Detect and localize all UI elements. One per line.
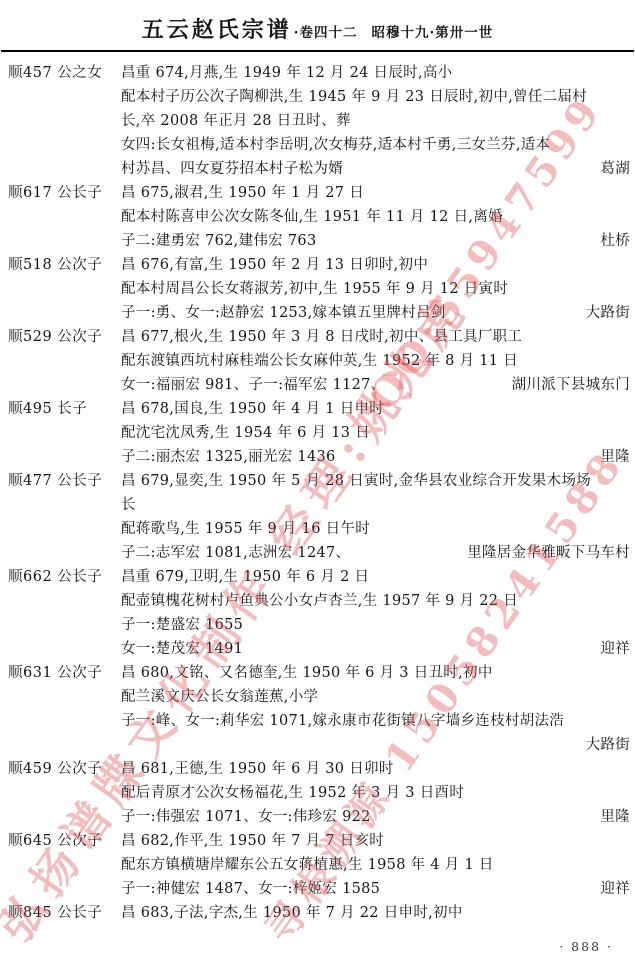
entry-line-text: 昌重 679,卫明,生 1950 年 6 月 2 日 — [121, 565, 369, 589]
entry-line-text: 昌 682,作平,生 1950 年 7 月 7 日亥时 — [121, 829, 384, 853]
entry-line: 配本村子历公次子陶柳洪,生 1945 年 9 月 23 日辰时,初中,曾任二届村 — [121, 85, 630, 109]
entry-lineage-label: 顺495 长子 — [8, 397, 121, 421]
entry-line-text: 配蒋歌鸟,生 1955 年 9 月 16 日午时 — [121, 517, 370, 541]
entry-line-text: 子一:伟强宏 1071、女一:伟珍宏 922 — [121, 805, 371, 829]
genealogy-entry: 顺495 长子昌 678,国良,生 1950 年 4 月 1 日申时配沈宅沈凤秀… — [8, 397, 630, 469]
entry-line: 子一:峰、女一:莉华宏 1071,嫁永康市花街镇八字墙乡连枝村胡法浩 — [121, 709, 630, 733]
volume-title: ·卷四十二 — [294, 25, 358, 41]
entry-content: 昌重 679,卫明,生 1950 年 6 月 2 日配壶镇槐花树村卢鱼典公小女卢… — [121, 565, 630, 661]
entry-line-text: 配东渡镇西坑村麻桂端公长女麻仲英,生 1952 年 8 月 11 日 — [121, 349, 518, 373]
entry-line: 配本村陈喜申公次女陈冬仙,生 1951 年 11 月 12 日,离婚 — [121, 205, 630, 229]
entry-lineage-label: 顺459 公次子 — [8, 757, 121, 781]
entry-line-text: 长 — [121, 493, 136, 517]
entry-line-text: 子一:勇、女一:赵静宏 1253,嫁本镇五里牌村吕剑 — [121, 301, 446, 325]
entry-line: 子一:伟强宏 1071、女一:伟珍宏 922里隆 — [121, 805, 630, 829]
entry-line: 配东方镇横塘岸耀东公五女蒋植惠,生 1958 年 4 月 1 日 — [121, 853, 630, 877]
residence-tag: 大路街 — [580, 733, 630, 757]
genealogy-entry: 顺459 公次子昌 681,王德,生 1950 年 6 月 30 日卯时配后青原… — [8, 757, 630, 829]
entry-lineage-label: 顺529 公次子 — [8, 325, 121, 349]
entry-line: 昌重 679,卫明,生 1950 年 6 月 2 日 — [121, 565, 630, 589]
entry-line-text: 配本村周昌公长女蒋淑芳,初中,生 1955 年 9 月 12 日寅时 — [121, 277, 508, 301]
genealogy-entry: 顺617 公长子昌 675,淑君,生 1950 年 1 月 27 日配本村陈喜申… — [8, 181, 630, 253]
entry-line-text: 昌 677,根火,生 1950 年 3 月 8 日戌时,初中、县工具厂职工 — [121, 325, 522, 349]
genealogy-entry: 顺457 公之女昌重 674,月燕,生 1949 年 12 月 24 日辰时,高… — [8, 61, 630, 181]
residence-tag: 迎祥 — [594, 877, 630, 901]
genealogy-entry: 顺845 公长子昌 683,子法,字杰,生 1950 年 7 月 22 日申时,… — [8, 901, 630, 925]
entry-line-text: 昌 681,王德,生 1950 年 6 月 30 日卯时 — [121, 757, 394, 781]
entry-line-text: 长,卒 2008 年正月 28 日丑时、葬 — [121, 109, 351, 133]
entry-content: 昌 681,王德,生 1950 年 6 月 30 日卯时配后青原才公次女杨福花,… — [121, 757, 630, 829]
entry-line: 大路街 — [121, 733, 630, 757]
entry-line-text: 配本村子历公次子陶柳洪,生 1945 年 9 月 23 日辰时,初中,曾任二届村 — [121, 85, 587, 109]
genealogy-entry: 顺518 公次子昌 676,有富,生 1950 年 2 月 13 日卯时,初中配… — [8, 253, 630, 325]
entry-line-text: 昌重 674,月燕,生 1949 年 12 月 24 日辰时,高小 — [121, 61, 452, 85]
entry-line-text: 女一:福丽宏 981、子一:福军宏 1127、 — [121, 373, 385, 397]
residence-tag: 里隆 — [594, 805, 630, 829]
entry-line: 配沈宅沈凤秀,生 1954 年 6 月 13 日 — [121, 421, 630, 445]
entry-content: 昌重 674,月燕,生 1949 年 12 月 24 日辰时,高小配本村子历公次… — [121, 61, 630, 181]
entry-line: 长 — [121, 493, 630, 517]
entry-line-text: 配本村陈喜申公次女陈冬仙,生 1951 年 11 月 12 日,离婚 — [121, 205, 503, 229]
entry-lineage-label: 顺645 公次子 — [8, 829, 121, 853]
entry-line: 村苏昌、四女夏芬招本村子松为婿葛湖 — [121, 157, 630, 181]
entry-line: 昌 677,根火,生 1950 年 3 月 8 日戌时,初中、县工具厂职工 — [121, 325, 630, 349]
entry-line-text: 配兰溪文庆公长女翁莲蕉,小学 — [121, 685, 318, 709]
residence-tag: 葛湖 — [594, 157, 630, 181]
entry-lineage-label: 顺518 公次子 — [8, 253, 121, 277]
entry-content: 昌 678,国良,生 1950 年 4 月 1 日申时配沈宅沈凤秀,生 1954… — [121, 397, 630, 469]
entry-content: 昌 683,子法,字杰,生 1950 年 7 月 22 日申时,初中 — [121, 901, 630, 925]
entry-line-text: 配沈宅沈凤秀,生 1954 年 6 月 13 日 — [121, 421, 370, 445]
residence-tag: 大路街 — [580, 301, 630, 325]
entry-line: 昌 683,子法,字杰,生 1950 年 7 月 22 日申时,初中 — [121, 901, 630, 925]
entry-line-text: 配东方镇横塘岸耀东公五女蒋植惠,生 1958 年 4 月 1 日 — [121, 853, 494, 877]
residence-tag: 里隆 — [594, 445, 630, 469]
entry-line: 昌 680,文铭、又名德奎,生 1950 年 6 月 3 日丑时,初中 — [121, 661, 630, 685]
entry-content: 昌 676,有富,生 1950 年 2 月 13 日卯时,初中配本村周昌公长女蒋… — [121, 253, 630, 325]
entry-line: 昌 681,王德,生 1950 年 6 月 30 日卯时 — [121, 757, 630, 781]
entry-lineage-label: 顺617 公长子 — [8, 181, 121, 205]
entry-line-text: 女四:长女祖梅,适本村李岳明,次女梅芬,适本村千勇,三女兰芬,适本 — [121, 133, 550, 157]
entry-line: 子二:建勇宏 762,建伟宏 763杜桥 — [121, 229, 630, 253]
entry-line: 配本村周昌公长女蒋淑芳,初中,生 1955 年 9 月 12 日寅时 — [121, 277, 630, 301]
entry-lineage-label: 顺457 公之女 — [8, 61, 121, 85]
entry-line-text: 昌 679,显奕,生 1950 年 5 月 28 日寅时,金华县农业综合开发果木… — [121, 469, 591, 493]
entry-line: 配兰溪文庆公长女翁莲蕉,小学 — [121, 685, 630, 709]
residence-tag: 迎祥 — [594, 637, 630, 661]
generation-title: 昭穆十九·第卅一世 — [372, 25, 494, 41]
entry-line-text: 子一:楚盛宏 1655 — [121, 613, 243, 637]
entry-line-text: 子一:峰、女一:莉华宏 1071,嫁永康市花街镇八字墙乡连枝村胡法浩 — [121, 709, 564, 733]
entry-line: 配蒋歌鸟,生 1955 年 9 月 16 日午时 — [121, 517, 630, 541]
entry-line: 配东渡镇西坑村麻桂端公长女麻仲英,生 1952 年 8 月 11 日 — [121, 349, 630, 373]
entry-line-text: 村苏昌、四女夏芬招本村子松为婿 — [121, 157, 343, 181]
residence-tag: 杜桥 — [594, 229, 630, 253]
entry-line-text: 子一:神健宏 1487、女一:梓姬宏 1585 — [121, 877, 380, 901]
entry-content: 昌 677,根火,生 1950 年 3 月 8 日戌时,初中、县工具厂职工配东渡… — [121, 325, 630, 397]
entry-line-text: 昌 680,文铭、又名德奎,生 1950 年 6 月 3 日丑时,初中 — [121, 661, 493, 685]
residence-tag: 里隆居金华雅畈下马车村 — [461, 541, 630, 565]
entry-lineage-label: 顺845 公长子 — [8, 901, 121, 925]
entry-line: 子一:楚盛宏 1655 — [121, 613, 630, 637]
book-title: 五云赵氏宗谱 — [142, 17, 292, 43]
entry-line-text: 子二:志军宏 1081,志洲宏 1247、 — [121, 541, 350, 565]
genealogy-entry: 顺529 公次子昌 677,根火,生 1950 年 3 月 8 日戌时,初中、县… — [8, 325, 630, 397]
residence-tag: 湖川派下县城东门 — [506, 373, 630, 397]
entry-line: 昌 675,淑君,生 1950 年 1 月 27 日 — [121, 181, 630, 205]
page-number: · 888 · — [559, 939, 613, 954]
entry-line: 女四:长女祖梅,适本村李岳明,次女梅芬,适本村千勇,三女兰芬,适本 — [121, 133, 630, 157]
genealogy-entry: 顺631 公次子昌 680,文铭、又名德奎,生 1950 年 6 月 3 日丑时… — [8, 661, 630, 757]
entry-line-text: 昌 675,淑君,生 1950 年 1 月 27 日 — [121, 181, 364, 205]
entry-content: 昌 675,淑君,生 1950 年 1 月 27 日配本村陈喜申公次女陈冬仙,生… — [121, 181, 630, 253]
entry-line: 子二:志军宏 1081,志洲宏 1247、里隆居金华雅畈下马车村 — [121, 541, 630, 565]
entry-line: 女一:楚茂宏 1491迎祥 — [121, 637, 630, 661]
entry-line: 子一:勇、女一:赵静宏 1253,嫁本镇五里牌村吕剑大路街 — [121, 301, 630, 325]
entry-line: 昌 679,显奕,生 1950 年 5 月 28 日寅时,金华县农业综合开发果木… — [121, 469, 630, 493]
page-header: 五云赵氏宗谱·卷四十二昭穆十九·第卅一世 — [0, 0, 635, 44]
entry-line-text: 昌 683,子法,字杰,生 1950 年 7 月 22 日申时,初中 — [121, 901, 463, 925]
entry-line-text: 昌 676,有富,生 1950 年 2 月 13 日卯时,初中 — [121, 253, 428, 277]
entry-line: 配壶镇槐花树村卢鱼典公小女卢杏兰,生 1957 年 9 月 22 日 — [121, 589, 630, 613]
entry-line: 昌重 674,月燕,生 1949 年 12 月 24 日辰时,高小 — [121, 61, 630, 85]
genealogy-entry: 顺662 公长子昌重 679,卫明,生 1950 年 6 月 2 日配壶镇槐花树… — [8, 565, 630, 661]
entry-lineage-label: 顺477 公长子 — [8, 469, 121, 493]
genealogy-entry: 顺477 公长子昌 679,显奕,生 1950 年 5 月 28 日寅时,金华县… — [8, 469, 630, 565]
entry-lineage-label: 顺662 公长子 — [8, 565, 121, 589]
entry-line: 配后青原才公次女杨福花,生 1952 年 3 月 3 日酉时 — [121, 781, 630, 805]
entry-line: 昌 678,国良,生 1950 年 4 月 1 日申时 — [121, 397, 630, 421]
entry-line: 长,卒 2008 年正月 28 日丑时、葬 — [121, 109, 630, 133]
entry-content: 昌 680,文铭、又名德奎,生 1950 年 6 月 3 日丑时,初中配兰溪文庆… — [121, 661, 630, 757]
entry-line: 昌 676,有富,生 1950 年 2 月 13 日卯时,初中 — [121, 253, 630, 277]
entry-line-text: 子二:建勇宏 762,建伟宏 763 — [121, 229, 316, 253]
entry-line-text: 配壶镇槐花树村卢鱼典公小女卢杏兰,生 1957 年 9 月 22 日 — [121, 589, 518, 613]
entry-line-text: 子二:丽杰宏 1325,丽光宏 1436 — [121, 445, 336, 469]
entry-line-text: 女一:楚茂宏 1491 — [121, 637, 243, 661]
genealogy-entry: 顺645 公次子昌 682,作平,生 1950 年 7 月 7 日亥时配东方镇横… — [8, 829, 630, 901]
entries-list: 顺457 公之女昌重 674,月燕,生 1949 年 12 月 24 日辰时,高… — [0, 52, 635, 925]
entry-line-text: 昌 678,国良,生 1950 年 4 月 1 日申时 — [121, 397, 384, 421]
entry-line: 子一:神健宏 1487、女一:梓姬宏 1585迎祥 — [121, 877, 630, 901]
entry-lineage-label: 顺631 公次子 — [8, 661, 121, 685]
genealogy-page: 五云赵氏宗谱·卷四十二昭穆十九·第卅一世 顺457 公之女昌重 674,月燕,生… — [0, 0, 635, 968]
entry-line: 子二:丽杰宏 1325,丽光宏 1436里隆 — [121, 445, 630, 469]
entry-line: 女一:福丽宏 981、子一:福军宏 1127、湖川派下县城东门 — [121, 373, 630, 397]
entry-content: 昌 682,作平,生 1950 年 7 月 7 日亥时配东方镇横塘岸耀东公五女蒋… — [121, 829, 630, 901]
entry-line: 昌 682,作平,生 1950 年 7 月 7 日亥时 — [121, 829, 630, 853]
entry-content: 昌 679,显奕,生 1950 年 5 月 28 日寅时,金华县农业综合开发果木… — [121, 469, 630, 565]
entry-line-text: 配后青原才公次女杨福花,生 1952 年 3 月 3 日酉时 — [121, 781, 464, 805]
